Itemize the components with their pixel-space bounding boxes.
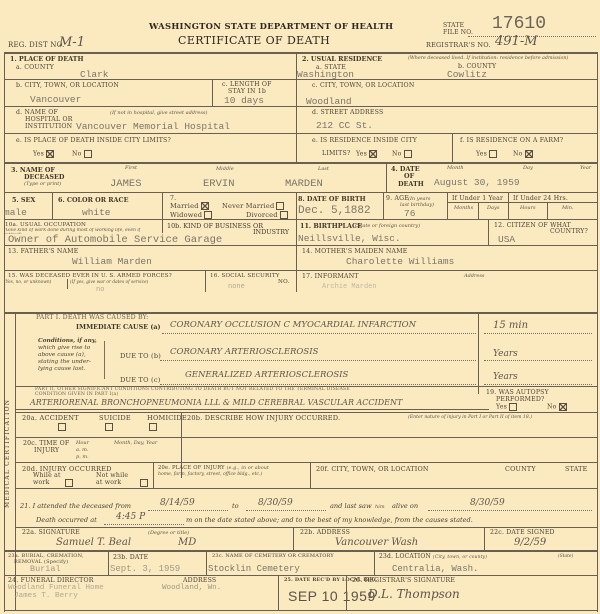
conditions-note-line: stating the under- (38, 359, 97, 366)
medical-certification-label: MEDICAL CERTIFICATION (4, 399, 11, 508)
attended-from-value: 8/14/59 (160, 498, 195, 508)
ur-city-label: c. CITY, TOWN, OR LOCATION (312, 82, 414, 89)
part2-value: Arteriorenal Bronchopneumonia LLL & Mild… (30, 398, 402, 407)
cemetery-location-value: Centralia, Wash. (392, 564, 478, 574)
under-1-year-label: If Under 1 Year (452, 195, 503, 202)
widowed-option: Widowed (170, 211, 212, 219)
time-of-injury-label: 20c. TIME OF (23, 440, 69, 447)
ssn-label: 16. SOCIAL SECURITY (210, 273, 280, 279)
not-at-work-label: Not while (96, 472, 128, 479)
last-saw-label: and last saw (330, 502, 372, 510)
race-value: white (82, 207, 111, 218)
months-label: Months (454, 205, 473, 211)
state-file-number: 17610 (492, 14, 546, 34)
signature-label: 22a. SIGNATURE (22, 529, 80, 536)
informant-value: Archie Marden (322, 283, 377, 291)
under-24-hrs-label: If Under 24 Hrs. (513, 195, 568, 202)
month-day-year-label: Month, Day, Year (114, 440, 157, 446)
year-label: Year (580, 165, 591, 171)
armed-forces-label: 15. WAS DECEASED EVER IN U. S. ARMED FOR… (8, 273, 172, 279)
hospital-label-3: INSTITUTION (25, 123, 72, 130)
no-label: No (392, 151, 402, 158)
no-label: No (547, 404, 557, 411)
stay-length-label: c. LENGTH OF (222, 81, 272, 88)
ur-farm-yes-checkbox[interactable] (489, 150, 497, 158)
conditions-note-line: Conditions, if any, (38, 338, 97, 345)
hospital-value: Vancouver Memorial Hospital (76, 121, 230, 132)
due-to-c-interval: Years (493, 372, 518, 382)
place-of-injury-label: 20e. PLACE OF INJURY (e.g., in or about (158, 465, 269, 471)
conditions-note-line: lying cause last. (38, 366, 97, 373)
armed-forces-value: no (96, 286, 104, 294)
widowed-label: Widowed (170, 211, 202, 219)
married-checkbox[interactable] (201, 202, 209, 210)
state-file-label-2: FILE NO. (443, 29, 473, 36)
while-at-work-label-2: work (33, 479, 50, 486)
ssn-label-2: NO. (278, 279, 290, 285)
informant-label: 17. INFORMANT (302, 273, 359, 280)
sex-label: 5. SEX (12, 196, 35, 204)
ur-inside-city-no-checkbox[interactable] (404, 150, 412, 158)
conditions-note-line: which give rise to (38, 345, 97, 352)
yes-label: Yes (496, 404, 507, 411)
attended-to-label: to (232, 502, 239, 510)
cemetery-location-label: 23d. LOCATION (City, town, or county) (379, 553, 487, 560)
autopsy-yes-checkbox[interactable] (509, 403, 517, 411)
married-option: Married (170, 202, 209, 210)
while-at-work-checkbox[interactable] (65, 479, 73, 487)
reg-dist-label: REG. DIST NO. (8, 41, 65, 49)
accident-checkbox[interactable] (58, 423, 66, 431)
ur-street-label: d. STREET ADDRESS (312, 109, 383, 116)
citizen-value: USA (498, 234, 515, 245)
injury-state-label: STATE (565, 465, 587, 473)
immediate-cause-label: IMMEDIATE CAUSE (a) (76, 323, 161, 331)
burial-value: Burial (30, 564, 61, 574)
race-label: 6. COLOR OR RACE (58, 196, 128, 204)
father-value: William Marden (72, 256, 152, 267)
attended-to-value: 8/30/59 (258, 498, 293, 508)
mother-value: Charolette Williams (346, 256, 454, 267)
immediate-cause-interval: 15 min (493, 320, 528, 331)
physician-address-value: Vancouver Wash (335, 537, 418, 548)
autopsy-label: 19. WAS AUTOPSY (486, 389, 549, 396)
ur-farm-no: No (513, 150, 533, 158)
armed-forces-note: (Yes, no, or unknown) (4, 280, 51, 285)
burial-date-value: Sept. 3, 1959 (110, 564, 180, 574)
death-time-suffix: m on the date stated above; and to the b… (186, 516, 473, 524)
last-label: Last (318, 166, 329, 172)
cemetery-state-label: (State) (558, 554, 573, 559)
pod-inside-city-no-checkbox[interactable] (84, 150, 92, 158)
pod-inside-city-yes: Yes (33, 150, 54, 158)
autopsy-label-2: PERFORMED? (496, 396, 545, 403)
last-saw-pronoun: him (375, 504, 385, 510)
injury-county-label: COUNTY (505, 465, 536, 473)
ur-inside-city-no: No (392, 150, 412, 158)
place-of-injury-note: (e.g., in or about (227, 466, 269, 471)
birthplace-label: 11. BIRTHPLACE (300, 222, 362, 230)
alive-on-value: 8/30/59 (470, 498, 505, 508)
death-time-value: 4:45 P (116, 512, 145, 522)
pod-city-label: b. CITY, TOWN, OR LOCATION (16, 82, 119, 89)
first-label: First (125, 165, 137, 171)
hospital-note: (If not in hospital, give street address… (110, 110, 207, 116)
part1-label: PART I. DEATH WAS CAUSED BY: (36, 314, 148, 321)
due-to-b-interval: Years (493, 349, 518, 359)
injury-description-label: 20b. DESCRIBE HOW INJURY OCCURRED. (187, 414, 340, 422)
age-value: 76 (404, 208, 415, 219)
while-at-work-label: While at (33, 472, 61, 479)
pod-inside-city-label: e. IS PLACE OF DEATH INSIDE CITY LIMITS? (16, 137, 171, 144)
certificate-title: CERTIFICATE OF DEATH (178, 34, 330, 47)
funeral-address-value: Woodland, Wn. (162, 584, 221, 592)
widowed-checkbox[interactable] (204, 211, 212, 219)
not-at-work-label-2: at work (96, 479, 121, 486)
due-to-b-label: DUE TO (b) (120, 352, 161, 360)
pod-inside-city-yes-checkbox[interactable] (46, 150, 54, 158)
injury-city-label: 20f. CITY, TOWN, OR LOCATION (316, 465, 429, 473)
homicide-checkbox[interactable] (149, 423, 157, 431)
date-of-death-label-3: DEATH (398, 180, 424, 188)
autopsy-yes: Yes (496, 403, 517, 411)
cemetery-value: Stocklin Cemetery (208, 564, 300, 574)
stay-length-value: 10 days (224, 95, 264, 106)
registrar-no-label: REGISTRAR'S NO. (426, 41, 491, 49)
pod-county-label: a. COUNTY (16, 64, 54, 71)
accident-label: 20a. ACCIDENT (22, 414, 79, 422)
married-label: Married (170, 202, 199, 210)
burial-date-label: 23b. DATE (113, 554, 148, 561)
last-name-value: MARDEN (285, 178, 323, 190)
due-to-b-value: Coronary arteriosclerosis (170, 347, 318, 357)
suicide-checkbox[interactable] (105, 423, 113, 431)
day-label: Day (523, 165, 533, 171)
funeral-director-label: 24. FUNERAL DIRECTOR (8, 577, 94, 584)
mother-label: 14. MOTHER'S MAIDEN NAME (302, 248, 407, 255)
pod-inside-city-no: No (72, 150, 92, 158)
business-label: 10b. KIND OF BUSINESS OR (167, 222, 263, 230)
name-label-2: DECEASED (24, 173, 64, 181)
ur-farm-label: f. IS RESIDENCE ON A FARM? (460, 137, 563, 144)
pm-label: p. m. (76, 454, 89, 460)
no-label: No (513, 151, 523, 158)
degree-label: (Degree or title) (148, 530, 189, 536)
cemetery-label: 23c. NAME OF CEMETERY OR CREMATORY (212, 553, 334, 559)
armed-forces-note-2: (If yes, give war or dates of service) (70, 280, 148, 285)
dob-label: 8. DATE OF BIRTH (298, 195, 366, 203)
cemetery-location-label-text: 23d. LOCATION (379, 553, 431, 560)
never-married-label: Never Married (222, 202, 274, 210)
physician-address-label: 22b. ADDRESS (300, 529, 350, 536)
hours-label: Hours (520, 205, 536, 211)
ur-farm-yes: Yes (476, 150, 497, 158)
immediate-cause-value: Coronary occlusion c myocardial infarcti… (170, 320, 416, 330)
divorced-label: Divorced (246, 211, 278, 219)
ur-inside-city-yes-checkbox[interactable] (369, 150, 377, 158)
cemetery-location-note: (City, town, or county) (433, 555, 487, 560)
registrar-signature-label: 26. REGISTRAR'S SIGNATURE (352, 577, 455, 584)
agency-title: WASHINGTON STATE DEPARTMENT OF HEALTH (149, 21, 393, 31)
month-label: Month (447, 165, 464, 171)
yes-label: Yes (33, 151, 44, 158)
hour-label: Hour (76, 440, 89, 446)
usual-residence-label: 2. USUAL RESIDENCE (302, 55, 382, 63)
first-name-value: JAMES (110, 178, 142, 190)
age-label: 9. AGE (386, 195, 409, 202)
attended-label: 21. I attended the deceased from (20, 502, 131, 510)
yes-label: Yes (356, 151, 367, 158)
funeral-director-value-2: James T. Berry (14, 592, 78, 600)
state-file-label: STATE (443, 22, 464, 29)
divorced-checkbox[interactable] (280, 211, 288, 219)
funeral-address-label: ADDRESS (183, 577, 216, 584)
name-label-3: (Type or print) (24, 181, 61, 187)
conditions-note-line: above cause (a), (38, 352, 97, 359)
due-to-c-label: DUE TO (c) (120, 376, 161, 384)
birthplace-note: (State or foreign country) (355, 223, 420, 229)
middle-name-value: ERVIN (203, 178, 235, 190)
business-label-2: INDUSTRY (253, 228, 289, 236)
degree-value: MD (178, 537, 196, 548)
signature-value: Samuel T. Beal (56, 537, 131, 548)
autopsy-no: No (547, 403, 567, 411)
father-label: 13. FATHER'S NAME (8, 248, 78, 255)
never-married-checkbox[interactable] (276, 202, 284, 210)
usual-residence-note: (Where deceased lived. If institution: r… (408, 56, 568, 61)
never-married-option: Never Married (222, 202, 284, 210)
hospital-label-2: HOSPITAL OR (25, 116, 73, 123)
death-occurred-label: Death occurred at (36, 516, 97, 524)
date-signed-value: 9/2/59 (514, 537, 546, 548)
reg-dist-value: M-1 (59, 35, 85, 50)
registrar-signature-value: D.L. Thompson (368, 587, 460, 601)
dob-value: Dec. 5,1882 (298, 205, 371, 217)
citizen-label-2: COUNTRY? (550, 228, 588, 235)
suicide-label: SUICIDE (99, 414, 131, 422)
ur-inside-city-label-2: LIMITS? (322, 150, 350, 157)
birthplace-value: Neillsville, Wisc. (298, 233, 401, 244)
hospital-label: d. NAME OF (16, 109, 58, 116)
ur-farm-no-checkbox[interactable] (525, 150, 533, 158)
ur-inside-city-yes: Yes (356, 150, 377, 158)
alive-on-label: alive on (392, 502, 418, 510)
sex-value: male (4, 207, 27, 218)
am-label: a. m. (76, 447, 89, 453)
ur-street-value: 212 CC St. (316, 120, 373, 131)
time-of-injury-label-2: INJURY (34, 447, 59, 454)
place-of-death-label: 1. PLACE OF DEATH (10, 55, 83, 63)
ur-inside-city-label: e. IS RESIDENCE INSIDE CITY (312, 137, 417, 144)
stay-length-label-2: STAY IN 1b (228, 88, 266, 95)
conditions-note: Conditions, if any, which give rise to a… (38, 338, 97, 373)
pod-city-value: Vancouver (30, 94, 81, 105)
funeral-director-value: Woodland Funeral Home (8, 584, 104, 592)
injury-description-note: (Enter nature of injury in Part I or Par… (408, 415, 532, 420)
date-of-death-label-2: OF (404, 172, 414, 180)
date-signed-label: 22c. DATE SIGNED (490, 529, 555, 536)
date-received-stamp: SEP 10 1959 (288, 588, 376, 604)
part2-label-2: CONDITION GIVEN IN PART I(a) (35, 392, 118, 397)
min-label: Min. (562, 205, 574, 211)
divorced-option: Divorced (246, 211, 288, 219)
marital-label: 7. (170, 195, 176, 202)
informant-address-label: Address (464, 273, 485, 279)
ssn-value: none (228, 283, 245, 291)
autopsy-no-checkbox[interactable] (559, 403, 567, 411)
place-of-injury-note-2: home, farm, factory, street, office bldg… (158, 472, 262, 477)
place-of-injury-label-text: 20e. PLACE OF INJURY (158, 465, 225, 471)
yes-label: Yes (476, 151, 487, 158)
registrar-no-value: 491-M (495, 34, 538, 49)
days-label: Days (487, 205, 499, 211)
not-at-work-checkbox[interactable] (140, 479, 148, 487)
middle-label: Middle (216, 166, 234, 172)
due-to-c-value: Generalized arteriosclerosis (185, 370, 348, 380)
no-label: No (72, 151, 82, 158)
date-of-death-value: August 30, 1959 (434, 177, 520, 188)
